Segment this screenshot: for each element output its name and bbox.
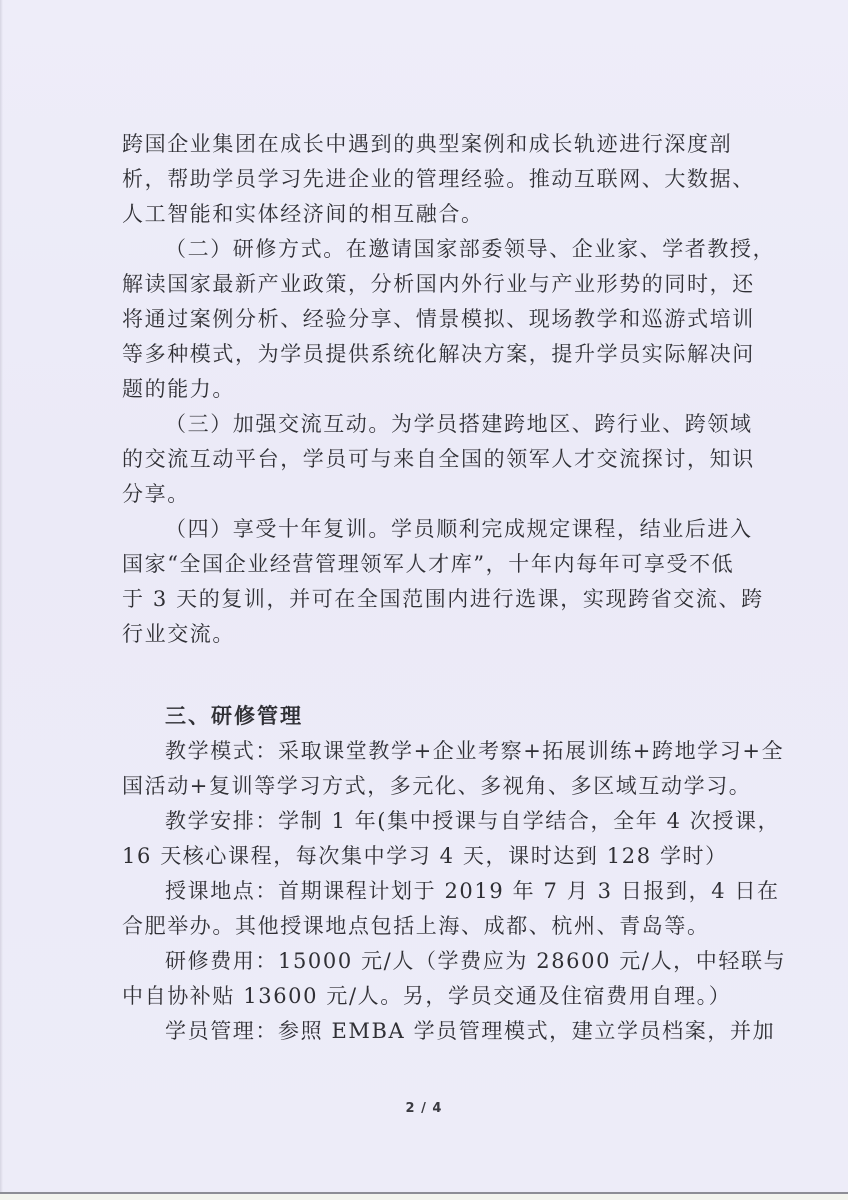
- scan-left-shadow: [0, 0, 3, 1193]
- text-line: 合肥举办。其他授课地点包括上海、成都、杭州、青岛等。: [122, 913, 742, 939]
- text-line: 研修费用：15000 元/人（学费应为 28600 元/人，中轻联与: [165, 948, 785, 974]
- text-line: 教学安排：学制 1 年(集中授课与自学结合，全年 4 次授课，: [165, 808, 785, 834]
- text-line: 16 天核心课程，每次集中学习 4 天，课时达到 128 学时）: [122, 843, 742, 869]
- text-line: 国活动+复训等学习方式，多元化、多视角、多区域互动学习。: [122, 773, 742, 799]
- text-line: 析，帮助学员学习先进企业的管理经验。推动互联网、大数据、: [122, 166, 742, 192]
- text-line: 等多种模式，为学员提供系统化解决方案，提升学员实际解决问: [122, 341, 742, 367]
- text-line: 中自协补贴 13600 元/人。另，学员交通及住宿费用自理。）: [122, 983, 742, 1009]
- text-line: 行业交流。: [122, 621, 742, 647]
- text-line: 分享。: [122, 481, 742, 507]
- text-line: （三）加强交流互动。为学员搭建跨地区、跨行业、跨领域: [165, 411, 785, 437]
- text-line: 的交流互动平台，学员可与来自全国的领军人才交流探讨，知识: [122, 446, 742, 472]
- document-page: 跨国企业集团在成长中遇到的典型案例和成长轨迹进行深度剖 析，帮助学员学习先进企业…: [0, 0, 848, 1193]
- text-line: 授课地点：首期课程计划于 2019 年 7 月 3 日报到，4 日在: [165, 878, 785, 904]
- text-line: 人工智能和实体经济间的相互融合。: [122, 201, 742, 227]
- text-line: （二）研修方式。在邀请国家部委领导、企业家、学者教授，: [165, 236, 785, 262]
- text-line: 于 3 天的复训，并可在全国范围内进行选课，实现跨省交流、跨: [122, 586, 742, 612]
- text-line: 国家“全国企业经营管理领军人才库”，十年内每年可享受不低: [122, 551, 742, 577]
- scan-bottom-strip: [0, 1194, 848, 1200]
- page-number: 2 / 4: [0, 1101, 848, 1116]
- text-line: 跨国企业集团在成长中遇到的典型案例和成长轨迹进行深度剖: [122, 131, 742, 157]
- section-heading: 三、研修管理: [165, 703, 785, 729]
- text-line: 学员管理：参照 EMBA 学员管理模式，建立学员档案，并加: [165, 1018, 785, 1044]
- text-line: 题的能力。: [122, 376, 742, 402]
- text-line: 教学模式：采取课堂教学+企业考察+拓展训练+跨地学习+全: [165, 738, 785, 764]
- text-line: （四）享受十年复训。学员顺利完成规定课程，结业后进入: [165, 516, 785, 542]
- text-line: 将通过案例分析、经验分享、情景模拟、现场教学和巡游式培训: [122, 306, 742, 332]
- text-line: 解读国家最新产业政策，分析国内外行业与产业形势的同时，还: [122, 271, 742, 297]
